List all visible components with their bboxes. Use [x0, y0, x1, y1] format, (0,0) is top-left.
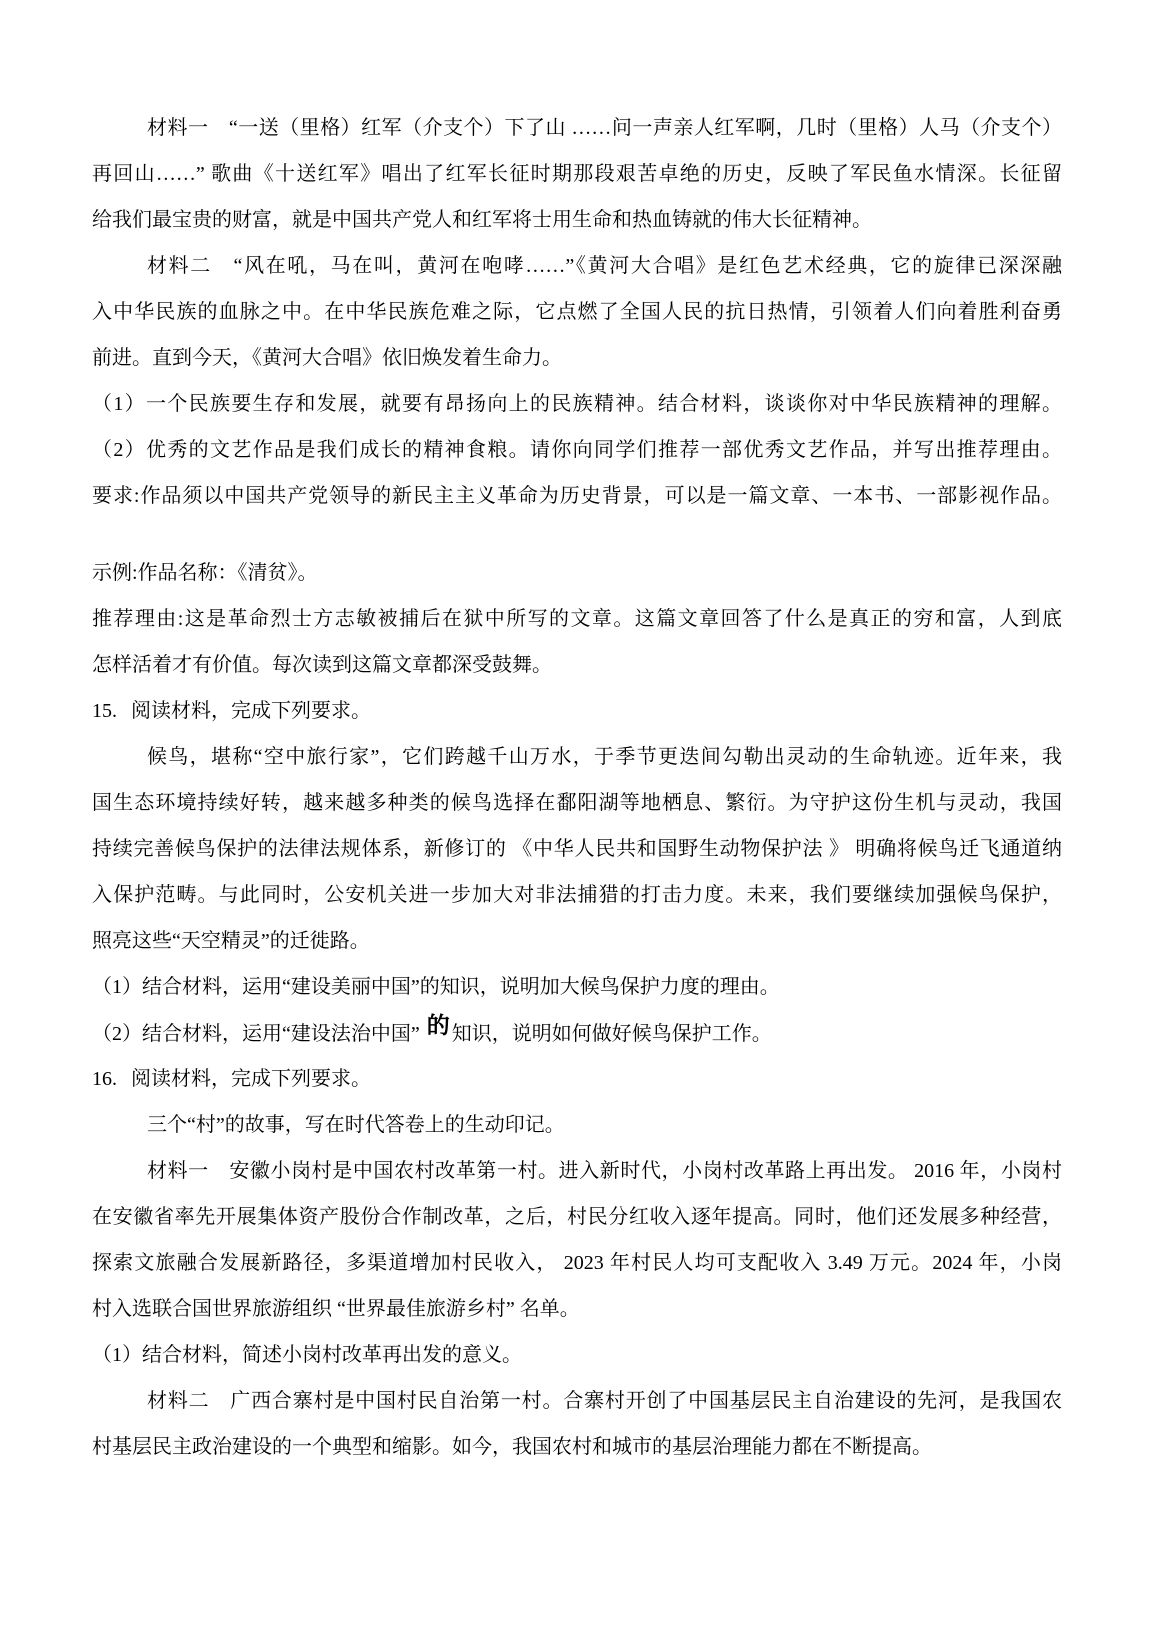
text-run: 前进。直到今天，《黄河大合唱》依旧焕发着生命力。 [92, 347, 562, 369]
blank-line [92, 519, 1062, 550]
text-run: 阅读材料，完成下列要求。 [131, 1068, 371, 1090]
text-run: 怎样活着才有价值。每次读到这篇文章都深受鼓舞。 [92, 654, 552, 676]
text-run: 持续完善候鸟保护的法律法规体系，新修订的 《中华人民共和国野生动物保护法 》 明… [92, 838, 1062, 860]
question-15-material: 持续完善候鸟保护的法律法规体系，新修订的 《中华人民共和国野生动物保护法 》 明… [92, 826, 1062, 872]
q16-material-1: 在安徽省率先开展集体资产股份合作制改革，之后，村民分红收入逐年提高。同时，他们还… [92, 1194, 1062, 1240]
question-15-part-2: （2）结合材料，运用“建设法治中国” 的知识，说明如何做好候鸟保护工作。 [92, 1010, 1062, 1056]
text-run: 三个“村”的故事，写在时代答卷上的生动印记。 [147, 1114, 565, 1136]
material-1-text: 给我们最宝贵的财富，就是中国共产党人和红军将士用生命和热血铸就的伟大长征精神。 [92, 197, 1062, 243]
text-run: 材料二 “风在吼，马在叫，黄河在咆哮……”《黄河大合唱》是红色艺术经典，它的旋律… [147, 255, 1062, 277]
text-run: 推荐理由:这是革命烈士方志敏被捕后在狱中所写的文章。这篇文章回答了什么是真正的穷… [92, 608, 1062, 630]
question-15-material: 国生态环境持续好转，越来越多种类的候鸟选择在鄱阳湖等地栖息、繁衍。为守护这份生机… [92, 780, 1062, 826]
question-15-material: 照亮这些“天空精灵”的迁徙路。 [92, 918, 1062, 964]
text-run: （1）结合材料，运用“建设美丽中国”的知识，说明加大候鸟保护力度的理由。 [92, 976, 780, 998]
question-15-part-1: （1）结合材料，运用“建设美丽中国”的知识，说明加大候鸟保护力度的理由。 [92, 964, 1062, 1010]
text-run: 要求:作品须以中国共产党领导的新民主主义革命为历史背景，可以是一篇文章、一本书、… [92, 485, 1062, 507]
example-reason: 推荐理由:这是革命烈士方志敏被捕后在狱中所写的文章。这篇文章回答了什么是真正的穷… [92, 596, 1062, 642]
example-reason: 怎样活着才有价值。每次读到这篇文章都深受鼓舞。 [92, 642, 1062, 688]
text-run: 照亮这些“天空精灵”的迁徙路。 [92, 930, 370, 952]
text-run: 材料二 广西合寨村是中国村民自治第一村。合寨村开创了中国基层民主自治建设的先河，… [147, 1390, 1062, 1412]
text-run: 材料一 安徽小岗村是中国农村改革第一村。进入新时代，小岗村改革路上再出发。 20… [147, 1160, 1062, 1182]
question-14-part-2: （2）优秀的文艺作品是我们成长的精神食粮。请你向同学们推荐一部优秀文艺作品，并写… [92, 427, 1062, 473]
question-14-requirement: 要求:作品须以中国共产党领导的新民主主义革命为历史背景，可以是一篇文章、一本书、… [92, 473, 1062, 519]
question-15-material: 候鸟，堪称“空中旅行家”，它们跨越千山万水，于季节更迭间勾勒出灵动的生命轨迹。近… [92, 734, 1062, 780]
q16-material-1: 村入选联合国世界旅游组织 “世界最佳旅游乡村” 名单。 [92, 1286, 1062, 1332]
q16-material-2: 材料二 广西合寨村是中国村民自治第一村。合寨村开创了中国基层民主自治建设的先河，… [92, 1378, 1062, 1424]
text-run: 阅读材料，完成下列要求。 [131, 700, 371, 722]
question-14-part-1: （1）一个民族要生存和发展，就要有昂扬向上的民族精神。结合材料，谈谈你对中华民族… [92, 381, 1062, 427]
text-run: 国生态环境持续好转，越来越多种类的候鸟选择在鄱阳湖等地栖息、繁衍。为守护这份生机… [92, 792, 1062, 814]
question-number: 15. [92, 688, 117, 734]
material-1-text: 再回山……” 歌曲《十送红军》唱出了红军长征时期那段艰苦卓绝的历史，反映了军民鱼… [92, 151, 1062, 197]
text-run: （1）结合材料，简述小岗村改革再出发的意义。 [92, 1344, 522, 1366]
text-run: 知识，说明如何做好候鸟保护工作。 [452, 1023, 772, 1045]
question-15-material: 入保护范畴。与此同时，公安机关进一步加大对非法捕猎的打击力度。未来，我们要继续加… [92, 872, 1062, 918]
example-work-title: 示例:作品名称：《清贫》。 [92, 550, 1062, 596]
q16-material-2: 村基层民主政治建设的一个典型和缩影。如今，我国农村和城市的基层治理能力都在不断提… [92, 1424, 1062, 1470]
question-16-part-1: （1）结合材料，简述小岗村改革再出发的意义。 [92, 1332, 1062, 1378]
material-2-text: 入中华民族的血脉之中。在中华民族危难之际，它点燃了全国人民的抗日热情，引领着人们… [92, 289, 1062, 335]
text-run: 示例:作品名称：《清贫》。 [92, 562, 318, 584]
q16-material-1: 探索文旅融合发展新路径，多渠道增加村民收入， 2023 年村民人均可支配收入 3… [92, 1240, 1062, 1286]
material-2-text: 材料二 “风在吼，马在叫，黄河在咆哮……”《黄河大合唱》是红色艺术经典，它的旋律… [92, 243, 1062, 289]
text-run: 在安徽省率先开展集体资产股份合作制改革，之后，村民分红收入逐年提高。同时，他们还… [92, 1206, 1062, 1228]
text-run: 村入选联合国世界旅游组织 “世界最佳旅游乡村” 名单。 [92, 1298, 580, 1320]
text-run: 村基层民主政治建设的一个典型和缩影。如今，我国农村和城市的基层治理能力都在不断提… [92, 1436, 932, 1458]
text-run: 再回山……” 歌曲《十送红军》唱出了红军长征时期那段艰苦卓绝的历史，反映了军民鱼… [92, 163, 1062, 185]
question-number: 16. [92, 1056, 117, 1102]
question-16-intro: 三个“村”的故事，写在时代答卷上的生动印记。 [92, 1102, 1062, 1148]
text-run: 给我们最宝贵的财富，就是中国共产党人和红军将士用生命和热血铸就的伟大长征精神。 [92, 209, 872, 231]
text-run: （2）结合材料，运用“建设法治中国” [92, 1023, 425, 1045]
text-run: （2）优秀的文艺作品是我们成长的精神食粮。请你向同学们推荐一部优秀文艺作品，并写… [92, 439, 1062, 461]
text-run: 探索文旅融合发展新路径，多渠道增加村民收入， 2023 年村民人均可支配收入 3… [92, 1252, 1062, 1274]
q16-material-1: 材料一 安徽小岗村是中国农村改革第一村。进入新时代，小岗村改革路上再出发。 20… [92, 1148, 1062, 1194]
material-2-text: 前进。直到今天，《黄河大合唱》依旧焕发着生命力。 [92, 335, 1062, 381]
text-run: 候鸟，堪称“空中旅行家”，它们跨越千山万水，于季节更迭间勾勒出灵动的生命轨迹。近… [147, 746, 1062, 768]
material-1-text: 材料一 “一送（里格）红军（介支个）下了山 ……问一声亲人红军啊，几时（里格）人… [92, 105, 1062, 151]
document-body: 材料一 “一送（里格）红军（介支个）下了山 ……问一声亲人红军啊，几时（里格）人… [92, 105, 1062, 1470]
document-page: 材料一 “一送（里格）红军（介支个）下了山 ……问一声亲人红军啊，几时（里格）人… [0, 0, 1158, 1638]
text-run: （1）一个民族要生存和发展，就要有昂扬向上的民族精神。结合材料，谈谈你对中华民族… [92, 393, 1062, 415]
text-run: 入中华民族的血脉之中。在中华民族危难之际，它点燃了全国人民的抗日热情，引领着人们… [92, 301, 1062, 323]
question-16-header: 16.阅读材料，完成下列要求。 [92, 1056, 1062, 1102]
text-run: 入保护范畴。与此同时，公安机关进一步加大对非法捕猎的打击力度。未来，我们要继续加… [92, 884, 1062, 906]
emphasized-char: 的 [427, 1013, 450, 1038]
question-15-header: 15.阅读材料，完成下列要求。 [92, 688, 1062, 734]
text-run: 材料一 “一送（里格）红军（介支个）下了山 ……问一声亲人红军啊，几时（里格）人… [147, 117, 1062, 139]
